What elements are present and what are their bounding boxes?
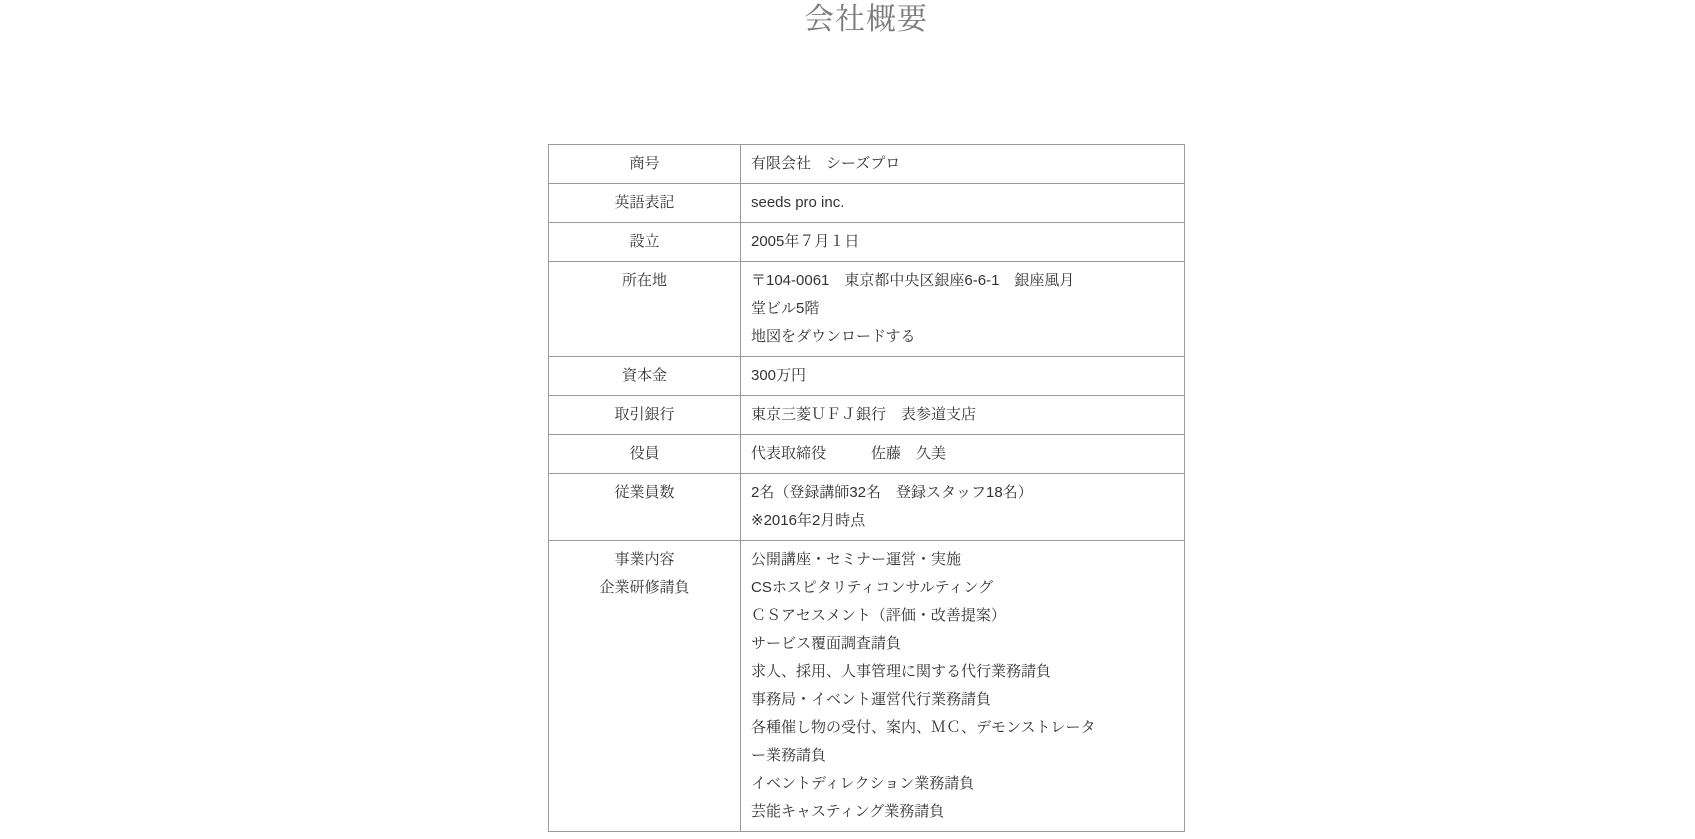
company-info-table: 商号有限会社 シーズプロ英語表記seeds pro inc.設立2005年７月１… [548,144,1185,832]
label-line: 商号 [559,150,730,178]
value-line: 事務局・イベント運営代行業務請負 [751,686,1154,714]
table-row-address: 所在地〒104-0061 東京都中央区銀座6-6-1 銀座風月堂ビル5階地図をダ… [549,262,1185,357]
row-value-business: 公開講座・セミナー運営・実施CSホスピタリティコンサルティングＣＳアセスメント（… [741,541,1185,832]
value-line: CSホスピタリティコンサルティング [751,574,1154,602]
label-line: 設立 [559,228,730,256]
row-label-trade-name: 商号 [549,145,741,184]
value-line: 公開講座・セミナー運営・実施 [751,546,1154,574]
value-line: 芸能キャスティング業務請負 [751,798,1154,826]
content-container: 会社概要 商号有限会社 シーズプロ英語表記seeds pro inc.設立200… [548,2,1184,832]
value-line: 求人、採用、人事管理に関する代行業務請負 [751,658,1154,686]
company-overview-page: { "page": { "title": "会社概要" }, "colors":… [0,0,1695,839]
value-line: 〒104-0061 東京都中央区銀座6-6-1 銀座風月 [751,267,1154,295]
row-label-address: 所在地 [549,262,741,357]
row-value-employees: 2名（登録講師32名 登録スタッフ18名）※2016年2月時点 [741,474,1185,541]
company-info-table-body: 商号有限会社 シーズプロ英語表記seeds pro inc.設立2005年７月１… [549,145,1185,832]
table-row-english-name: 英語表記seeds pro inc. [549,184,1185,223]
row-label-officers: 役員 [549,435,741,474]
row-value-officers: 代表取締役 佐藤 久美 [741,435,1185,474]
table-row-business: 事業内容企業研修請負公開講座・セミナー運営・実施CSホスピタリティコンサルティン… [549,541,1185,832]
table-row-trade-name: 商号有限会社 シーズプロ [549,145,1185,184]
row-value-capital: 300万円 [741,357,1185,396]
value-line: 堂ビル5階 [751,295,1154,323]
row-value-bank: 東京三菱ＵＦＪ銀行 表参道支店 [741,396,1185,435]
label-line: 資本金 [559,362,730,390]
page-title: 会社概要 [548,2,1184,37]
value-line: 各種催し物の受付、案内、ＭＣ、デモンストレータ [751,714,1154,742]
value-line: 代表取締役 佐藤 久美 [751,440,1154,468]
table-row-employees: 従業員数2名（登録講師32名 登録スタッフ18名）※2016年2月時点 [549,474,1185,541]
value-line: ー業務請負 [751,742,1154,770]
label-line: 英語表記 [559,189,730,217]
label-line: 事業内容 [559,546,730,574]
map-download-link[interactable]: 地図をダウンロードする [751,323,1154,351]
row-label-established: 設立 [549,223,741,262]
row-label-bank: 取引銀行 [549,396,741,435]
value-line: 東京三菱ＵＦＪ銀行 表参道支店 [751,401,1154,429]
label-line: 取引銀行 [559,401,730,429]
table-row-bank: 取引銀行東京三菱ＵＦＪ銀行 表参道支店 [549,396,1185,435]
table-row-officers: 役員代表取締役 佐藤 久美 [549,435,1185,474]
value-line: サービス覆面調査請負 [751,630,1154,658]
label-line: 所在地 [559,267,730,295]
row-value-trade-name: 有限会社 シーズプロ [741,145,1185,184]
row-label-employees: 従業員数 [549,474,741,541]
row-label-english-name: 英語表記 [549,184,741,223]
row-value-address: 〒104-0061 東京都中央区銀座6-6-1 銀座風月堂ビル5階地図をダウンロ… [741,262,1185,357]
value-line: seeds pro inc. [751,189,1154,217]
value-line: ＣＳアセスメント（評価・改善提案） [751,602,1154,630]
row-label-business: 事業内容企業研修請負 [549,541,741,832]
row-value-established: 2005年７月１日 [741,223,1185,262]
value-line: 300万円 [751,362,1154,390]
row-value-english-name: seeds pro inc. [741,184,1185,223]
value-line: 2005年７月１日 [751,228,1154,256]
table-row-capital: 資本金300万円 [549,357,1185,396]
value-line: 有限会社 シーズプロ [751,150,1154,178]
value-line: イベントディレクション業務請負 [751,770,1154,798]
row-label-capital: 資本金 [549,357,741,396]
label-line: 企業研修請負 [559,574,730,602]
label-line: 従業員数 [559,479,730,507]
table-row-established: 設立2005年７月１日 [549,223,1185,262]
value-line: ※2016年2月時点 [751,507,1154,535]
value-line: 2名（登録講師32名 登録スタッフ18名） [751,479,1154,507]
label-line: 役員 [559,440,730,468]
